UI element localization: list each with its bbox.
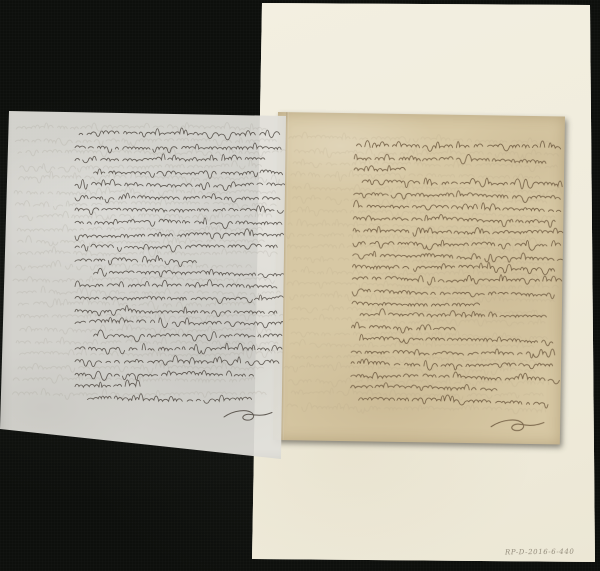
paraph-flourish xyxy=(491,420,544,431)
handwriting-left xyxy=(0,100,292,462)
handwriting-right xyxy=(273,112,565,444)
inventory-number: RP-D-2016-6-440 xyxy=(505,548,575,557)
paraph-flourish xyxy=(224,411,272,420)
handwriting-lines xyxy=(75,128,286,420)
letter-page-left xyxy=(0,100,292,462)
bleed-through-writing xyxy=(13,123,287,400)
letter-page-right xyxy=(273,112,565,444)
photograph-black-background: RP-D-2016-6-440 xyxy=(0,0,600,571)
